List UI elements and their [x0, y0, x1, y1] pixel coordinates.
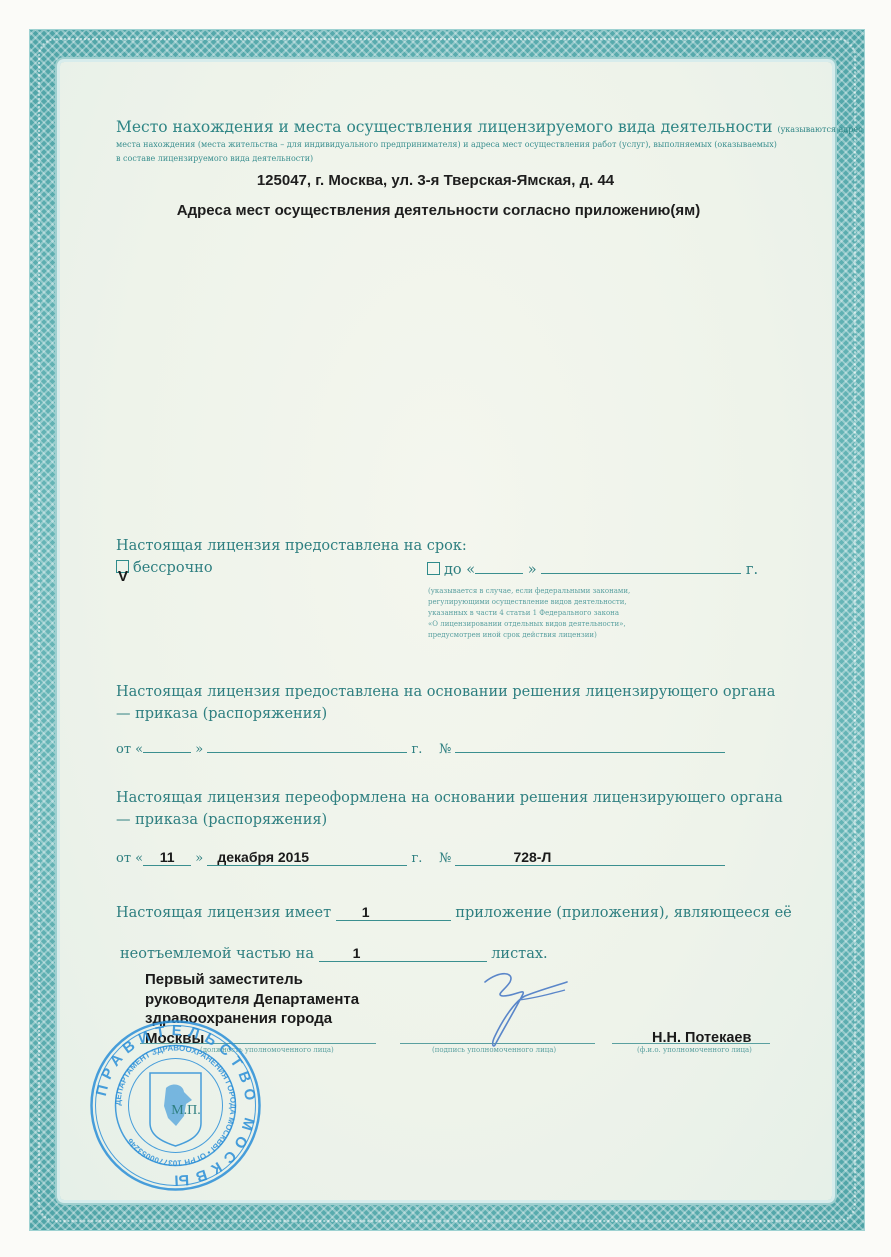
- handwritten-signature: [455, 960, 575, 1050]
- granted-number-field[interactable]: [455, 752, 725, 753]
- appendix-line-1: Настоящая лицензия имеет 1 приложение (п…: [116, 905, 792, 921]
- until-note: (указывается в случае, если федеральными…: [428, 586, 728, 641]
- license-address: 125047, г. Москва, ул. 3-я Тверская-Ямск…: [0, 172, 881, 189]
- reissued-line-2: — приказа (распоряжения): [116, 812, 327, 828]
- check-mark: V: [118, 568, 128, 585]
- until-checkbox[interactable]: [427, 562, 440, 575]
- location-heading: Место нахождения и места осуществления л…: [116, 118, 863, 136]
- granted-line-2: — приказа (распоряжения): [116, 706, 327, 722]
- reissued-line-1: Настоящая лицензия переоформлена на осно…: [116, 790, 783, 806]
- appendix-count-field[interactable]: 1: [336, 905, 451, 921]
- granted-date-field[interactable]: [207, 752, 407, 753]
- until-day-field[interactable]: [475, 573, 523, 574]
- reissued-day-field[interactable]: 11: [143, 850, 191, 866]
- term-heading: Настоящая лицензия предоставлена на срок…: [116, 538, 467, 554]
- svg-text:М.П.: М.П.: [171, 1103, 201, 1118]
- option-unlimited[interactable]: бессрочно: [116, 560, 213, 576]
- granted-line-1: Настоящая лицензия предоставлена на осно…: [116, 684, 775, 700]
- location-note-start: (указываются адрес: [777, 125, 862, 134]
- official-stamp: ПРАВИТЕЛЬСТВО МОСКВЫ ДЕПАРТАМЕНТ ЗДРАВОО…: [88, 1018, 263, 1193]
- until-date-field[interactable]: [541, 573, 741, 574]
- granted-order-row: от « » г. №: [116, 742, 725, 757]
- option-until[interactable]: до « » г.: [427, 562, 758, 578]
- location-note-line-2: места нахождения (места жительства – для…: [116, 140, 777, 149]
- granted-day-field[interactable]: [143, 752, 191, 753]
- caption-name: (ф.и.о. уполномоченного лица): [637, 1046, 752, 1054]
- signatory-name: Н.Н. Потекаев: [652, 1030, 751, 1046]
- location-note-line-3: в составе лицензируемого вида деятельнос…: [116, 154, 313, 163]
- addresses-note: Адреса мест осуществления деятельности с…: [0, 202, 884, 219]
- reissued-date-field[interactable]: декабря 2015: [207, 850, 407, 866]
- reissued-order-row: от «11 » декабря 2015 г. № 728-Л: [116, 850, 725, 866]
- reissued-number-field[interactable]: 728-Л: [455, 850, 725, 866]
